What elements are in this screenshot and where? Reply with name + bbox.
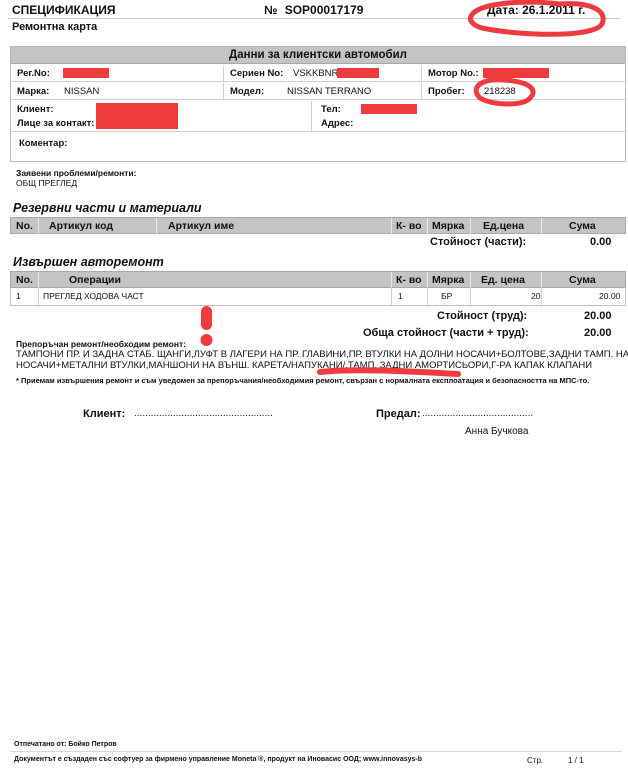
mileage-circle-annotation	[476, 80, 533, 104]
text-underline-annotation	[320, 370, 458, 374]
red-markup-overlay	[0, 0, 628, 768]
exclamation-bar-annotation	[201, 306, 212, 330]
exclamation-dot-annotation	[201, 334, 213, 346]
date-circle-annotation	[470, 2, 603, 34]
